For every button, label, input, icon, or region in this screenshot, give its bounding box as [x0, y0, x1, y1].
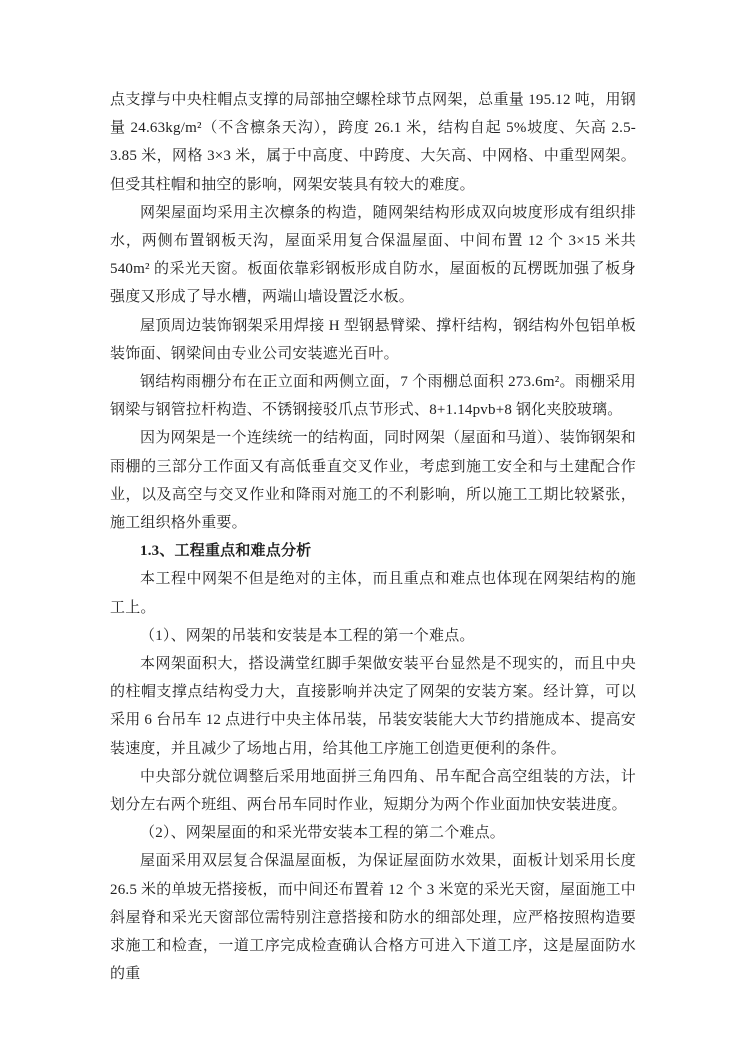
- paragraph-grid-frame-overview: 点支撑与中央柱帽点支撑的局部抽空螺栓球节点网架，总重量 195.12 吨，用钢量…: [110, 86, 636, 199]
- paragraph-difficulty-2-detail: 屋面采用双层复合保温屋面板，为保证屋面防水效果，面板计划采用长度 26.5 米的…: [110, 847, 636, 988]
- paragraph-main-body-intro: 本工程中网架不但是绝对的主体，而且重点和难点也体现在网架结构的施工上。: [110, 565, 636, 621]
- paragraph-central-assembly-method: 中央部分就位调整后采用地面拼三角四角、吊车配合高空组装的方法，计划分左右两个班组…: [110, 763, 636, 819]
- section-heading-1-3: 1.3、工程重点和难点分析: [110, 537, 636, 565]
- paragraph-cross-operation-schedule: 因为网架是一个连续统一的结构面，同时网架（屋面和马道）、装饰钢架和雨棚的三部分工…: [110, 424, 636, 537]
- paragraph-roof-purlin-drainage: 网架屋面均采用主次檩条的构造，随网架结构形成双向坡度形成有组织排水，两侧布置钢板…: [110, 199, 636, 312]
- paragraph-difficulty-1-title: （1）、网架的吊装和安装是本工程的第一个难点。: [110, 622, 636, 650]
- paragraph-decorative-steel-frame: 屋顶周边装饰钢架采用焊接 H 型钢悬臂梁、撑杆结构，钢结构外包铝单板装饰面、钢梁…: [110, 312, 636, 368]
- paragraph-steel-canopy: 钢结构雨棚分布在正立面和两侧立面，7 个雨棚总面积 273.6m²。雨棚采用钢梁…: [110, 368, 636, 424]
- paragraph-difficulty-2-title: （2）、网架屋面的和采光带安装本工程的第二个难点。: [110, 819, 636, 847]
- document-page: 点支撑与中央柱帽点支撑的局部抽空螺栓球节点网架，总重量 195.12 吨，用钢量…: [0, 0, 744, 1052]
- paragraph-difficulty-1-detail: 本网架面积大，搭设满堂红脚手架做安装平台显然是不现实的，而且中央的柱帽支撑点结构…: [110, 650, 636, 763]
